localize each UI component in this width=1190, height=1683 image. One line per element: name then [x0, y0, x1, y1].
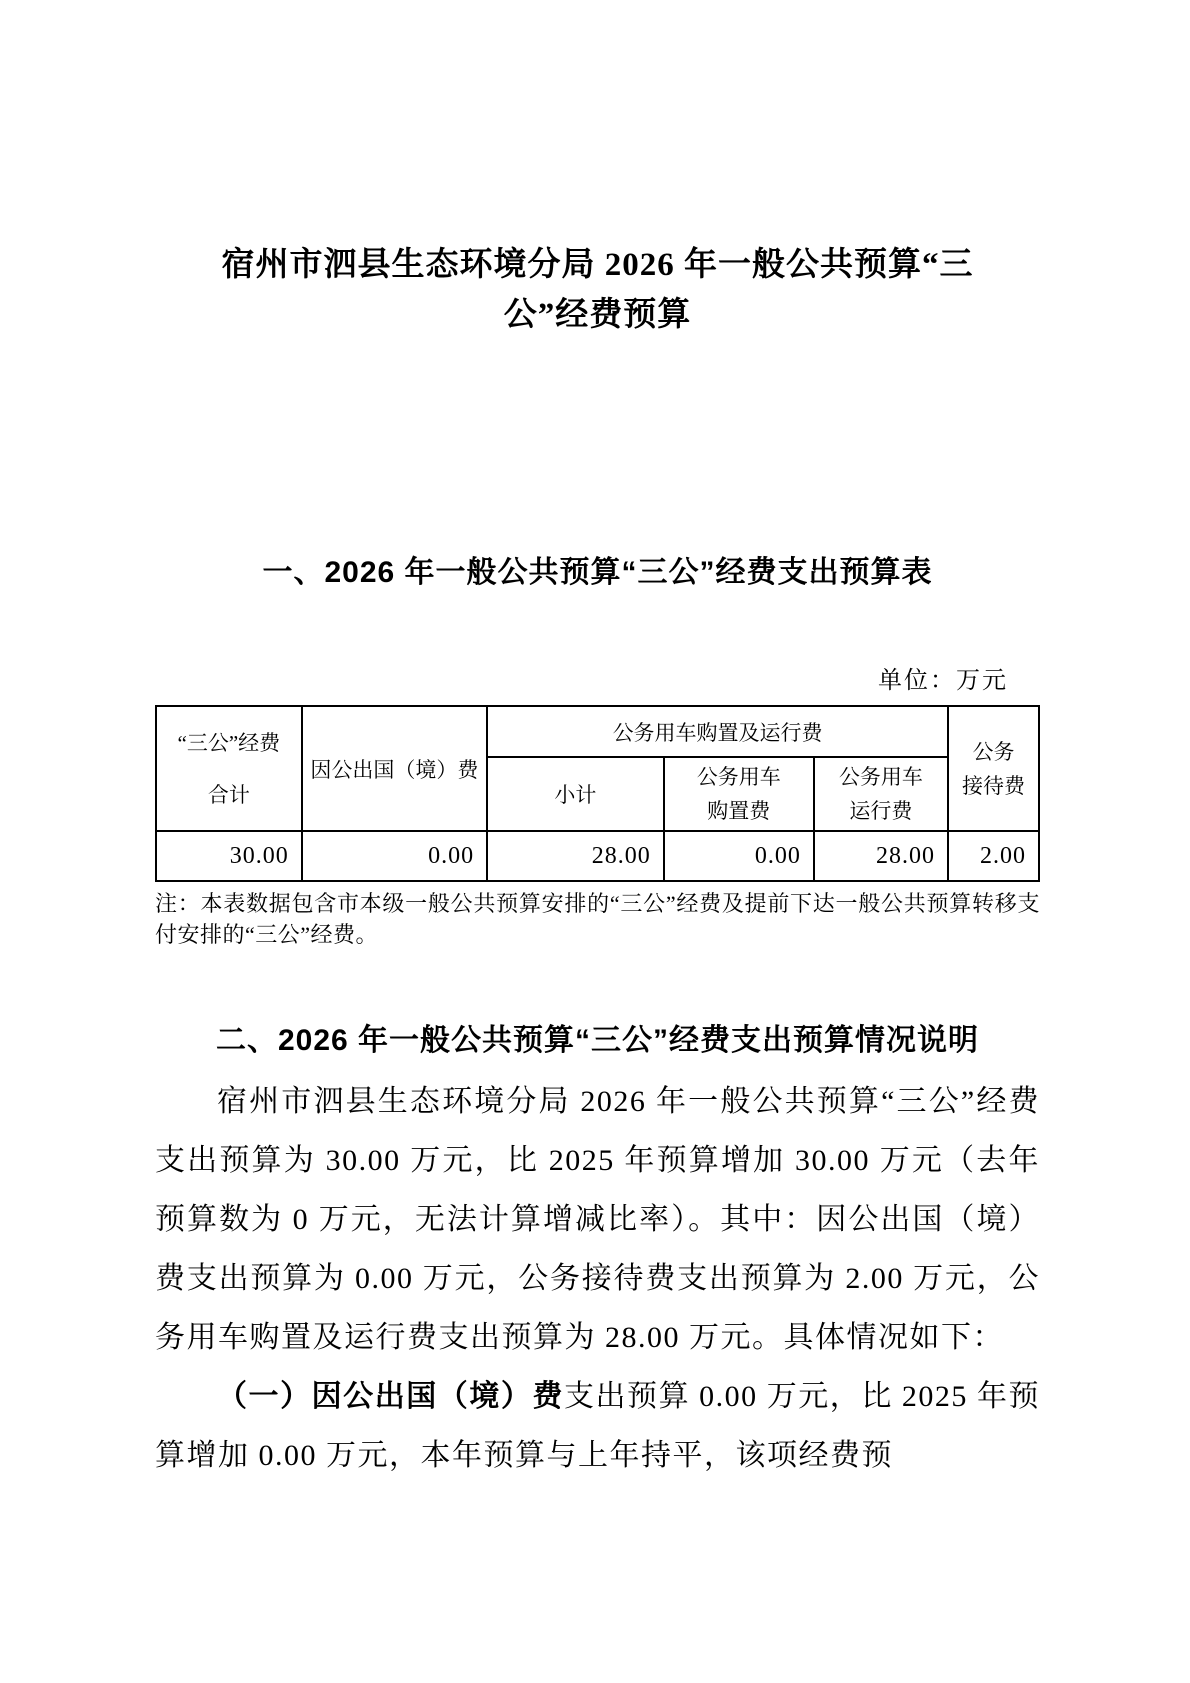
document-title-line-1: 宿州市泗县生态环境分局 2026 年一般公共预算“三	[222, 247, 974, 283]
document-page: 宿州市泗县生态环境分局 2026 年一般公共预算“三 公”经费预算 一、2026…	[0, 0, 1190, 1683]
unit-label: 单位：万元	[155, 666, 1040, 696]
page-content: 宿州市泗县生态环境分局 2026 年一般公共预算“三 公”经费预算 一、2026…	[0, 0, 1190, 1485]
value-cell-sangong-total: 30.00	[156, 831, 302, 881]
header-cell-subtotal: 小计	[487, 757, 664, 831]
header-reception-line2: 接待费	[962, 774, 1025, 798]
value-cell-reception-fee: 2.00	[948, 831, 1039, 881]
table-note: 注：本表数据包含市本级一般公共预算安排的“三公”经费及提前下达一般公共预算转移支…	[155, 888, 1040, 950]
header-cell-vehicle-operation: 公务用车 运行费	[814, 757, 948, 831]
header-reception-line1: 公务	[973, 740, 1015, 764]
header-cell-vehicle-group: 公务用车购置及运行费	[487, 706, 948, 757]
value-cell-vehicle-operation: 28.00	[814, 831, 948, 881]
header-purchase-line2: 购置费	[707, 799, 770, 823]
section2-heading: 二、2026 年一般公共预算“三公”经费支出预算情况说明	[155, 1020, 1040, 1062]
document-title: 宿州市泗县生态环境分局 2026 年一般公共预算“三 公”经费预算	[155, 240, 1040, 340]
header-cell-sangong-total: “三公”经费 合计	[156, 706, 302, 831]
header-sangong-line1: “三公”经费	[178, 731, 281, 755]
budget-table: “三公”经费 合计 因公出国（境）费 公务用车购置及运行费 公务 接待费 小计 …	[155, 705, 1040, 882]
header-sangong-line2: 合计	[208, 783, 250, 807]
value-cell-vehicle-purchase: 0.00	[664, 831, 814, 881]
header-purchase-line1: 公务用车	[697, 765, 781, 789]
section1-heading: 一、2026 年一般公共预算“三公”经费支出预算表	[155, 552, 1040, 594]
header-cell-vehicle-purchase: 公务用车 购置费	[664, 757, 814, 831]
header-operation-line2: 运行费	[849, 799, 912, 823]
document-title-line-2: 公”经费预算	[504, 297, 692, 333]
table-data-row: 30.00 0.00 28.00 0.00 28.00 2.00	[156, 831, 1039, 881]
table-header-row-1: “三公”经费 合计 因公出国（境）费 公务用车购置及运行费 公务 接待费	[156, 706, 1039, 757]
header-operation-line1: 公务用车	[839, 765, 923, 789]
body-paragraph-2-bold: （一）因公出国（境）费	[217, 1380, 564, 1413]
header-cell-abroad-fee: 因公出国（境）费	[302, 706, 487, 831]
body-paragraph-1: 宿州市泗县生态环境分局 2026 年一般公共预算“三公”经费支出预算为 30.0…	[155, 1072, 1040, 1367]
header-cell-reception-fee: 公务 接待费	[948, 706, 1039, 831]
value-cell-abroad-fee: 0.00	[302, 831, 487, 881]
value-cell-vehicle-subtotal: 28.00	[487, 831, 664, 881]
body-paragraph-2: （一）因公出国（境）费支出预算 0.00 万元，比 2025 年预算增加 0.0…	[155, 1367, 1040, 1485]
